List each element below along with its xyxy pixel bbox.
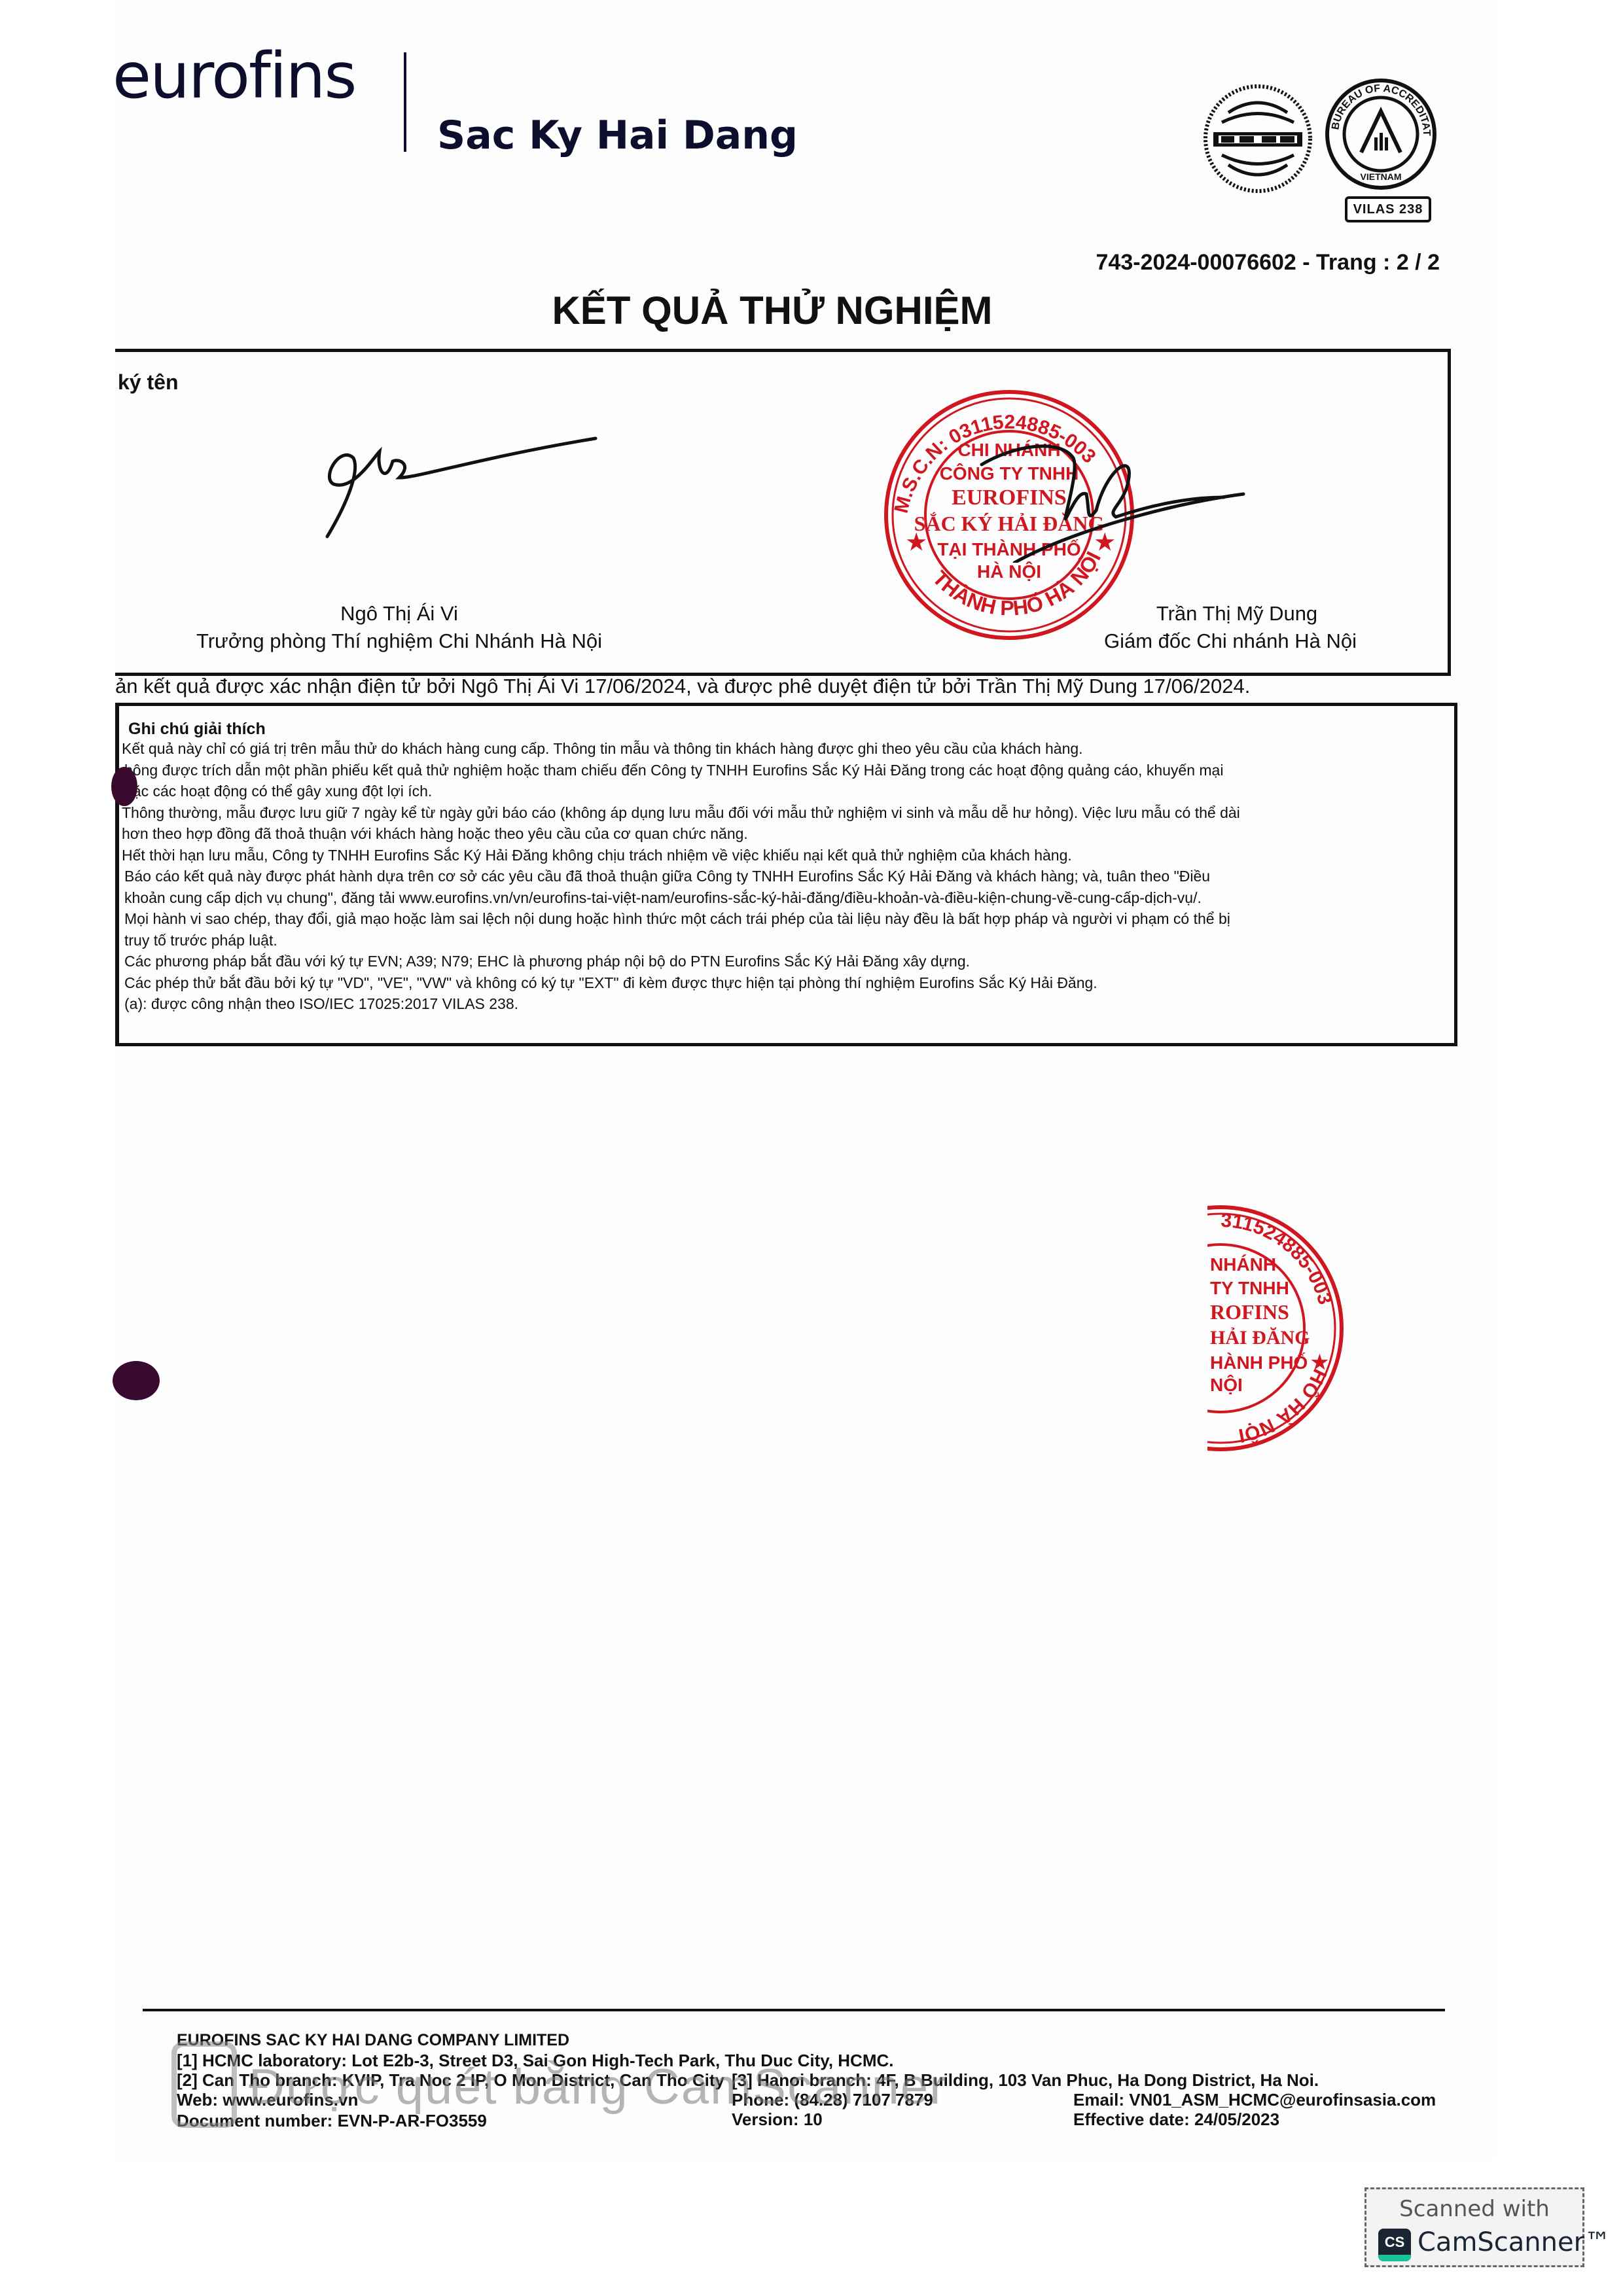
vilas-badge: VILAS 238	[1345, 196, 1431, 222]
scanned-with-badge: Scanned with CS CamScanner™	[1364, 2187, 1584, 2267]
note-line: oặc các hoạt động có thể gây xung đột lợ…	[122, 781, 1424, 802]
document-reference: 743-2024-00076602 - Trang : 2 / 2	[1096, 250, 1440, 275]
signer-1-name: Ngô Thị Ái Vi	[216, 602, 582, 626]
svg-text:HÀNH PHỐ: HÀNH PHỐ	[1210, 1352, 1308, 1373]
logo-divider	[404, 52, 406, 152]
notes-list: Kết quả này chỉ có giá trị trên mẫu thử …	[122, 738, 1424, 1015]
signer-1-role: Trưởng phòng Thí nghiệm Chi Nhánh Hà Nội	[164, 629, 635, 653]
page-title: KẾT QUẢ THỬ NGHIỆM	[0, 288, 1544, 333]
svg-text:NHÁNH: NHÁNH	[1210, 1254, 1276, 1275]
svg-text:HÀ NỘI: HÀ NỘI	[977, 561, 1041, 582]
camscanner-logo-icon: CS	[1378, 2229, 1411, 2261]
signer-2-role: Giám đốc Chi nhánh Hà Nội	[1080, 629, 1381, 653]
svg-text:VIETNAM: VIETNAM	[1361, 171, 1402, 182]
note-line: Các phép thử bắt đầu bởi ký tự "VD", "VE…	[122, 972, 1424, 994]
footer-divider	[143, 2009, 1445, 2011]
boa-accreditation-logo-icon: BUREAU OF ACCREDITATION VIETNAM	[1322, 75, 1440, 193]
scanned-with-label: Scanned with	[1366, 2196, 1582, 2222]
notes-title: Ghi chú giải thích	[128, 720, 266, 739]
brand-subtitle: Sac Ky Hai Dang	[437, 113, 798, 158]
footer-company-name: EUROFINS SAC KY HAI DANG COMPANY LIMITED	[177, 2031, 569, 2050]
approval-statement: ản kết quả được xác nhận điện tử bởi Ngô…	[115, 675, 1250, 698]
footer-email: Email: VN01_ASM_HCMC@eurofinsasia.com	[1073, 2090, 1436, 2110]
svg-text:★: ★	[1311, 1352, 1329, 1373]
note-line: hơn theo hợp đồng đã thoả thuận với khác…	[122, 823, 1424, 845]
note-line: khoản cung cấp dịch vụ chung", đăng tải …	[122, 887, 1424, 909]
note-line: Các phương pháp bắt đầu với ký tự EVN; A…	[122, 951, 1424, 972]
svg-text:TY TNHH: TY TNHH	[1210, 1278, 1289, 1298]
note-line: Thông thường, mẫu được lưu giữ 7 ngày kể…	[122, 802, 1424, 824]
note-line: Kết quả này chỉ có giá trị trên mẫu thử …	[122, 738, 1424, 760]
note-line: truy tố trước pháp luật.	[122, 930, 1424, 951]
note-line: Mọi hành vi sao chép, thay đổi, giả mạo …	[122, 908, 1424, 930]
note-line: (a): được công nhận theo ISO/IEC 17025:2…	[122, 993, 1424, 1015]
signer-2-name: Trần Thị Mỹ Dung	[1099, 602, 1374, 626]
signature-tran-thi-my-dung-icon	[975, 432, 1250, 563]
signature-heading: ký tên	[118, 370, 178, 395]
note-line: Báo cáo kết quả này được phát hành dựa t…	[122, 866, 1424, 887]
camscanner-watermark-icon	[171, 2041, 237, 2128]
partial-stamp: 311524885-003 HỐ HÀ NỘI ★ NHÁNH TY TNHH …	[1207, 1197, 1351, 1459]
ink-blot	[111, 767, 137, 806]
svg-text:ROFINS: ROFINS	[1210, 1300, 1289, 1324]
svg-text:HẢI ĐĂNG: HẢI ĐĂNG	[1210, 1327, 1310, 1349]
svg-text:NỘI: NỘI	[1210, 1374, 1243, 1395]
partial-stamp-icon: 311524885-003 HỐ HÀ NỘI ★ NHÁNH TY TNHH …	[1207, 1197, 1351, 1459]
camscanner-app-name: CamScanner™	[1418, 2227, 1611, 2257]
note-line: Hết thời hạn lưu mẫu, Công ty TNHH Eurof…	[122, 845, 1424, 866]
footer-effective-date: Effective date: 24/05/2023	[1073, 2110, 1279, 2130]
note-line: hông được trích dẫn một phần phiếu kết q…	[122, 760, 1424, 781]
eurofins-logo: eurofins	[113, 39, 355, 113]
ink-blot	[113, 1361, 160, 1400]
ilac-mra-logo-icon	[1199, 80, 1317, 198]
camscanner-watermark: Được quét bằng CamScanner	[249, 2058, 947, 2115]
signature-ngo-thi-ai-vi-icon	[314, 432, 602, 543]
